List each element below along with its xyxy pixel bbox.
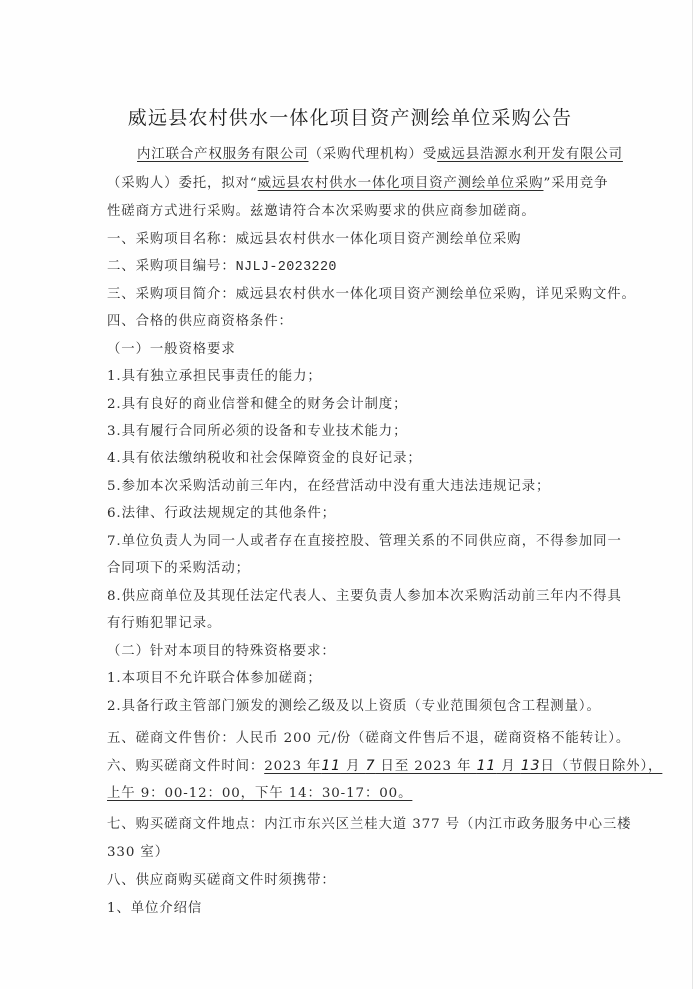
- handwritten-start-month: 11: [321, 758, 341, 774]
- project-number-label: 二、采购项目编号：: [107, 259, 236, 274]
- agency-role: （采购代理机构）受: [309, 147, 438, 162]
- document-page: 威远县农村供水一体化项目资产测绘单位采购公告 内江联合产权服务有限公司（采购代理…: [0, 0, 700, 989]
- section-2-project-number: 二、采购项目编号：NJLJ-2023220: [107, 255, 337, 275]
- section-7-location-continued: 330 室）: [107, 841, 169, 860]
- general-requirements-heading: （一）一般资格要求: [107, 338, 236, 357]
- month-char: 月: [341, 759, 366, 774]
- section-6-purchase-time: 六、购买磋商文件时间：2023 年11 月 7 日至 2023 年 11 月 1…: [107, 755, 662, 774]
- general-item-continued: 合同项下的采购活动；: [107, 557, 250, 576]
- section-3-project-summary: 三、采购项目简介：威远县农村供水一体化项目资产测绘单位采购，详见采购文件。: [107, 283, 636, 302]
- special-item: 1.本项目不允许联合体参加磋商；: [107, 667, 322, 686]
- purchaser-name: 威远县浩源水利开发有限公司: [437, 147, 623, 162]
- intro-line-2: （采购人）委托，拟对“威远县农村供水一体化项目资产测绘单位采购”采用竞争: [107, 172, 608, 191]
- required-document-item: 1、单位介绍信: [107, 897, 202, 916]
- general-item: 6.法律、行政法规规定的其他条件；: [107, 502, 336, 521]
- month-char: 月: [496, 759, 521, 774]
- general-item: 5.参加本次采购活动前三年内，在经营活动中没有重大违法违规记录；: [107, 475, 550, 494]
- holiday-exclusion: 日（节假日除外），: [540, 759, 662, 774]
- date-range-mid: 日至 2023 年: [375, 759, 476, 774]
- intro-prefix: （采购人）委托，拟对“: [107, 176, 258, 191]
- section-4-qualifications: 四、合格的供应商资格条件：: [107, 310, 293, 329]
- scan-edge-line: [692, 0, 693, 989]
- project-name-quoted: 威远县农村供水一体化项目资产测绘单位采购: [258, 176, 544, 191]
- general-item: 7.单位负责人为同一人或者存在直接控股、管理关系的不同供应商，不得参加同一: [107, 530, 622, 549]
- start-year: 2023 年: [264, 759, 321, 774]
- general-item: 1.具有独立承担民事责任的能力；: [107, 365, 322, 384]
- general-item: 8.供应商单位及其现任法定代表人、主要负责人参加本次采购活动前三年内不得具: [107, 585, 622, 604]
- general-item: 3.具有履行合同所必须的设备和专业技术能力；: [107, 420, 407, 439]
- handwritten-end-month: 11: [477, 758, 497, 774]
- section-6-hours: 上午 9：00-12：00，下午 14：30-17：00。: [107, 782, 412, 801]
- general-item: 2.具有良好的商业信誉和健全的财务会计制度；: [107, 393, 407, 412]
- section-1-project-name: 一、采购项目名称：威远县农村供水一体化项目资产测绘单位采购: [107, 228, 521, 247]
- intro-line-3: 性磋商方式进行采购。兹邀请符合本次采购要求的供应商参加磋商。: [107, 200, 536, 219]
- project-number-value: NJLJ-2023220: [236, 260, 337, 275]
- handwritten-start-day: 7: [366, 758, 376, 774]
- purchase-time-period: 2023 年11 月 7 日至 2023 年 11 月 13日（节假日除外），: [264, 759, 662, 774]
- general-item-continued: 有行贿犯罪记录。: [107, 612, 221, 631]
- special-item: 2.具备行政主管部门颁发的测绘乙级及以上资质（专业范围须包含工程测量）。: [107, 695, 601, 714]
- document-title: 威远县农村供水一体化项目资产测绘单位采购公告: [0, 103, 700, 130]
- intro-suffix: ”采用竞争: [543, 176, 608, 191]
- purchase-hours: 上午 9：00-12：00，下午 14：30-17：00。: [107, 786, 412, 801]
- section-7-purchase-location: 七、购买磋商文件地点：内江市东兴区兰桂大道 377 号（内江市政务服务中心三楼: [107, 813, 631, 832]
- special-requirements-heading: （二）针对本项目的特殊资格要求：: [107, 640, 336, 659]
- handwritten-end-day: 13: [521, 758, 541, 774]
- intro-line-1: 内江联合产权服务有限公司（采购代理机构）受威远县浩源水利开发有限公司: [137, 143, 623, 162]
- section-8-required-documents: 八、供应商购买磋商文件时须携带：: [107, 869, 336, 888]
- section-5-document-price: 五、磋商文件售价：人民币 200 元/份（磋商文件售后不退，磋商资格不能转让）。: [107, 727, 630, 746]
- general-item: 4.具有依法缴纳税收和社会保障资金的良好记录；: [107, 447, 422, 466]
- purchase-time-label: 六、购买磋商文件时间：: [107, 759, 264, 774]
- agency-name: 内江联合产权服务有限公司: [137, 147, 309, 162]
